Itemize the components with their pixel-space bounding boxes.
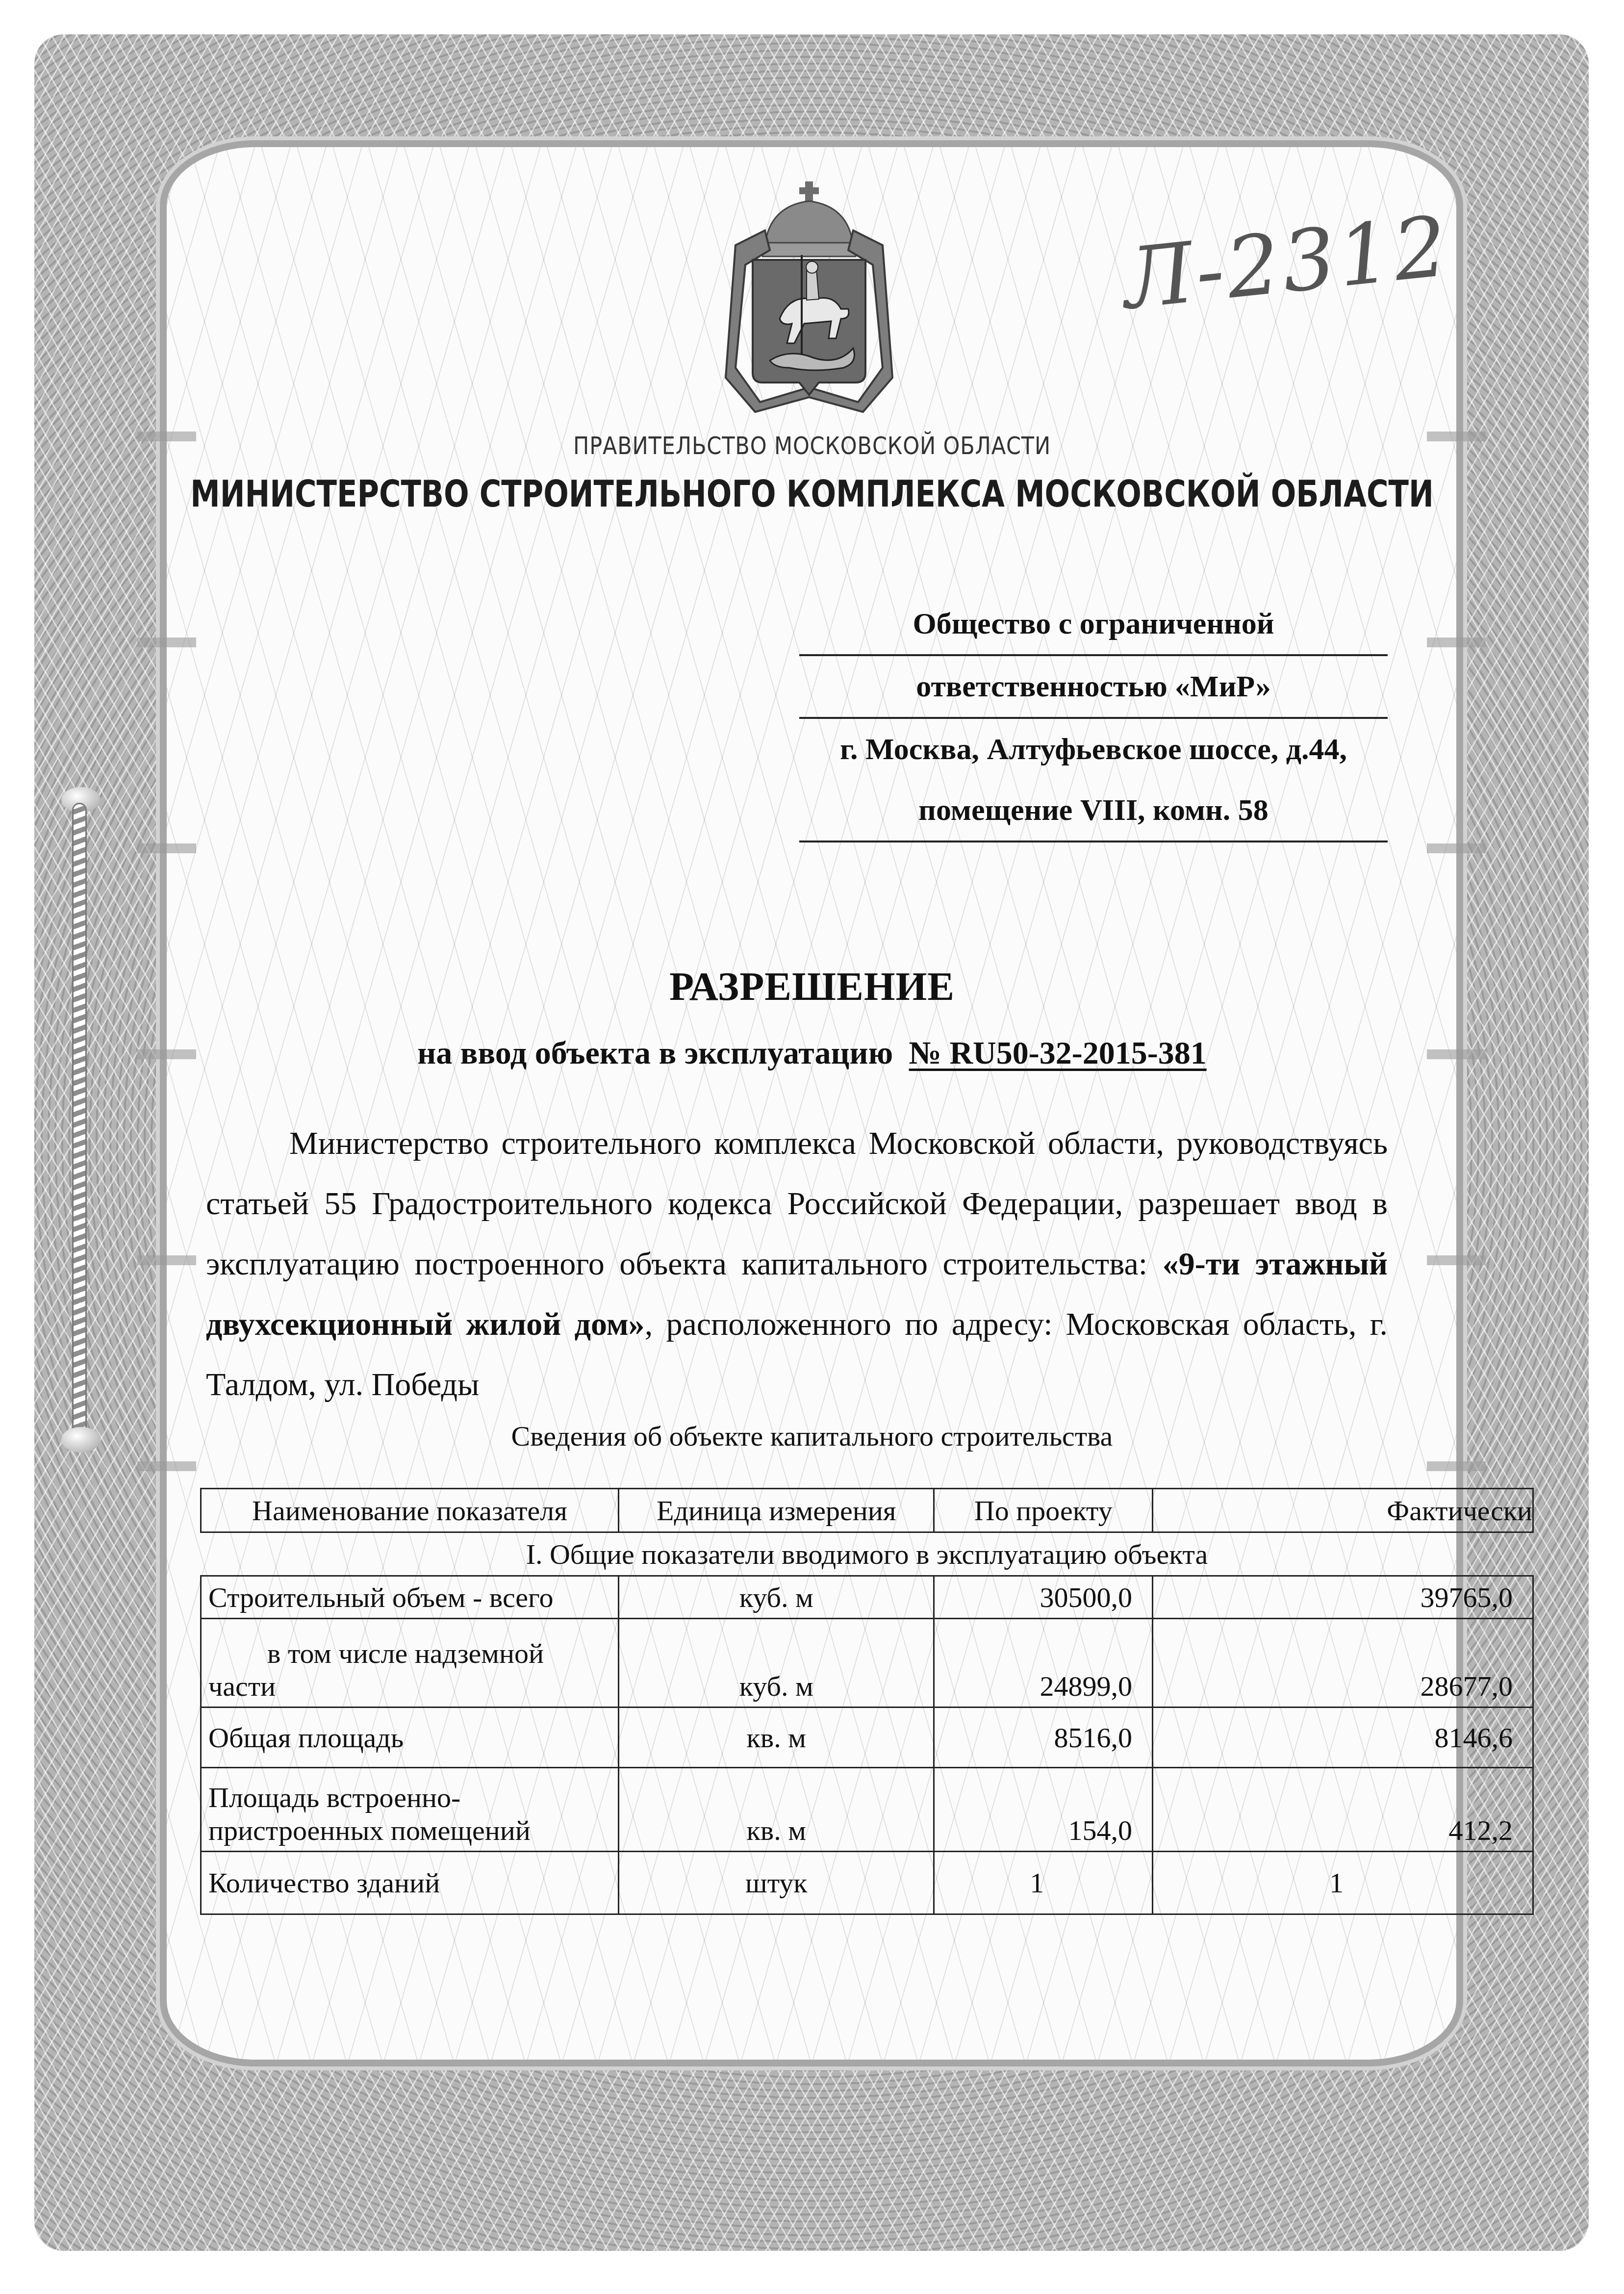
row-project: 24899,0 — [934, 1619, 1152, 1708]
column-header-unit: Единица измерения — [618, 1489, 934, 1532]
row-actual: 39765,0 — [1152, 1576, 1533, 1619]
row-actual: 1 — [1152, 1852, 1533, 1914]
addressee-line-3: г. Москва, Алтуфьевское шоссе, д.44, — [799, 719, 1388, 780]
row-name-line-2: части — [208, 1670, 276, 1702]
row-unit: куб. м — [618, 1576, 934, 1619]
table-row: Количество зданий штук 1 1 — [201, 1852, 1533, 1914]
row-project: 30500,0 — [934, 1576, 1152, 1619]
binding-cord — [74, 804, 85, 1442]
document-subtitle-text: на ввод объекта в эксплуатацию — [417, 1035, 893, 1071]
row-project: 8516,0 — [934, 1708, 1152, 1768]
row-name-line-1: в том числе надземной — [208, 1637, 611, 1670]
addressee-underline — [799, 841, 1388, 842]
addressee-line-2: ответственностью «МиР» — [799, 656, 1388, 717]
row-name: Площадь встроенно-пристроенных помещений — [201, 1768, 619, 1852]
row-unit: кв. м — [618, 1708, 934, 1768]
table-row: в том числе надземнойчасти куб. м 24899,… — [201, 1619, 1533, 1708]
document-title: РАЗРЕШЕНИЕ — [0, 964, 1624, 1010]
row-unit: кв. м — [618, 1768, 934, 1852]
row-name: Количество зданий — [201, 1852, 619, 1914]
table-header-row: Наименование показателя Единица измерени… — [201, 1489, 1533, 1532]
row-unit: штук — [618, 1852, 934, 1914]
document-subtitle: на ввод объекта в эксплуатацию № RU50-32… — [0, 1035, 1624, 1072]
table-row: Общая площадь кв. м 8516,0 8146,6 — [201, 1708, 1533, 1768]
table-section-row: I. Общие показатели вводимого в эксплуат… — [201, 1532, 1533, 1576]
addressee-line-4: помещение VIII, комн. 58 — [799, 780, 1388, 841]
permit-body-paragraph: Министерство строительного комплекса Мос… — [206, 1113, 1388, 1415]
row-project: 154,0 — [934, 1768, 1152, 1852]
object-indicators-table: Наименование показателя Единица измерени… — [200, 1488, 1534, 1915]
row-unit: куб. м — [618, 1619, 934, 1708]
row-actual: 8146,6 — [1152, 1708, 1533, 1768]
column-header-project: По проекту — [934, 1489, 1152, 1532]
column-header-name: Наименование показателя — [201, 1489, 619, 1532]
row-name-line-1: Площадь встроенно- — [208, 1781, 611, 1814]
table-row: Строительный объем - всего куб. м 30500,… — [201, 1576, 1533, 1619]
row-actual: 28677,0 — [1152, 1619, 1533, 1708]
row-name: в том числе надземнойчасти — [201, 1619, 619, 1708]
row-actual: 412,2 — [1152, 1768, 1533, 1852]
ministry-name: МИНИСТЕРСТВО СТРОИТЕЛЬНОГО КОМПЛЕКСА МОС… — [146, 473, 1478, 515]
table-caption: Сведения об объекте капитального строите… — [0, 1420, 1624, 1453]
row-name: Строительный объем - всего — [201, 1576, 619, 1619]
coat-of-arms-icon — [716, 172, 902, 417]
permit-number: № RU50-32-2015-381 — [909, 1035, 1207, 1071]
government-name: ПРАВИТЕЛЬСТВО МОСКОВСКОЙ ОБЛАСТИ — [114, 432, 1510, 460]
row-name: Общая площадь — [201, 1708, 619, 1768]
row-project: 1 — [934, 1852, 1152, 1914]
addressee-block: Общество с ограниченной ответственностью… — [799, 593, 1388, 842]
column-header-actual: Фактически — [1152, 1489, 1533, 1532]
addressee-line-1: Общество с ограниченной — [799, 593, 1388, 654]
row-name-line-2: пристроенных помещений — [208, 1814, 531, 1846]
section-title: I. Общие показатели вводимого в эксплуат… — [201, 1532, 1533, 1576]
table-row: Площадь встроенно-пристроенных помещений… — [201, 1768, 1533, 1852]
